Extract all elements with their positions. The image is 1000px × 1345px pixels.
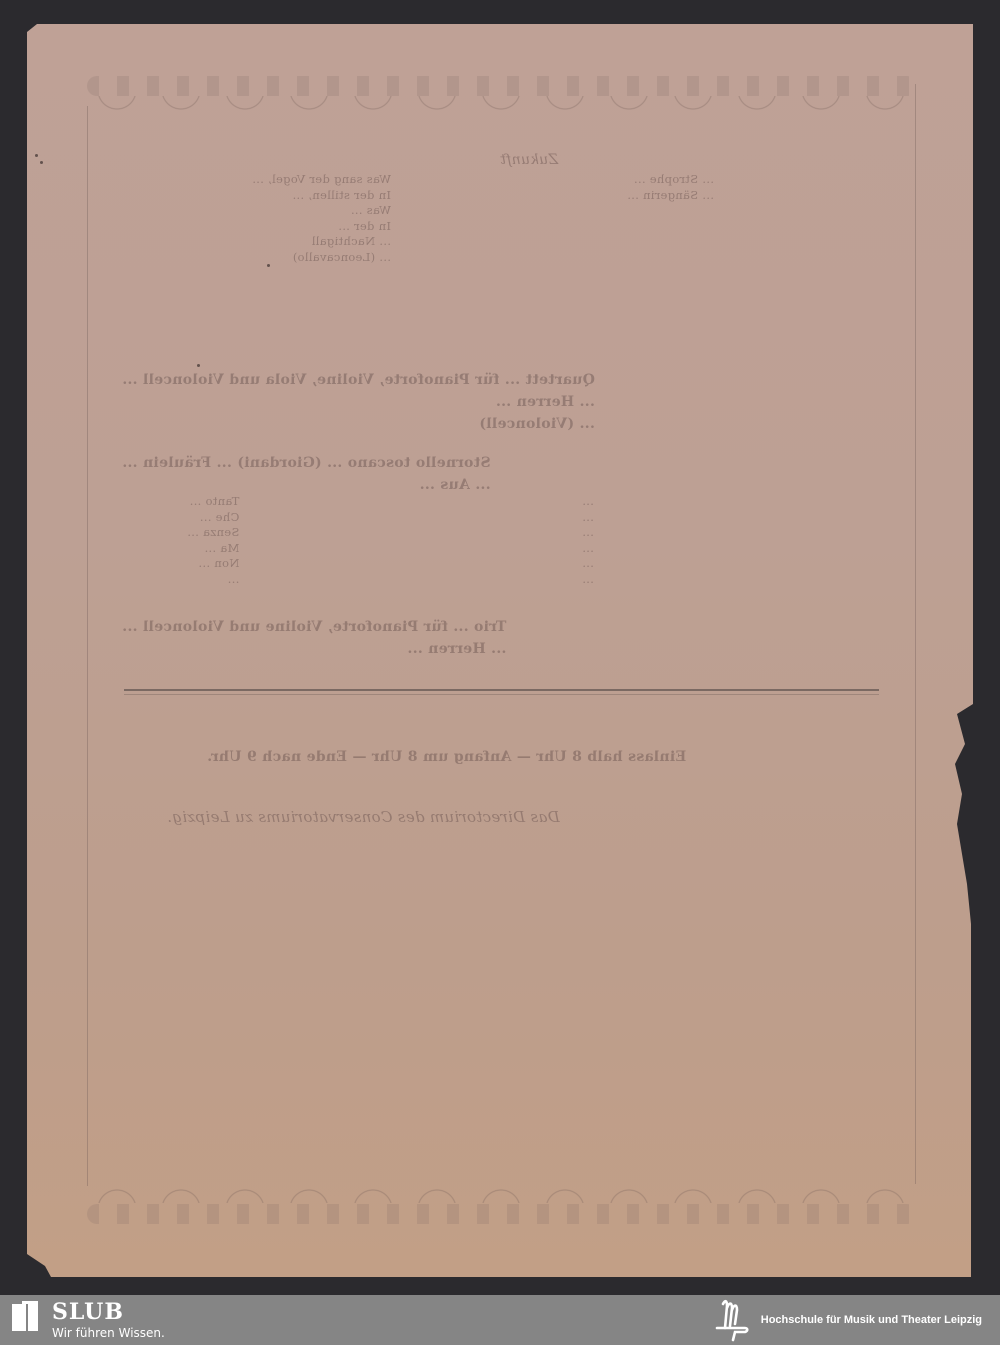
slub-logo[interactable]: SLUB Wir führen Wissen.: [12, 1301, 165, 1341]
horizontal-rule-shadow: [124, 694, 879, 695]
ghost-line: ... (Violoncell): [122, 413, 595, 435]
ghost-line: Che ...: [187, 510, 239, 526]
book-icon: [12, 1301, 38, 1331]
ghost-quartet: Quartett ... für Pianoforte, Violine, Vi…: [122, 369, 595, 435]
top-scallop-border: [87, 96, 917, 110]
ghost-italian-left: Tanto ... Che ... Senza ... Ma ... Non .…: [187, 494, 239, 588]
ghost-line: ... Aus ...: [122, 474, 491, 496]
speck: [197, 364, 200, 367]
ghost-stornello: Stornello toscano ... (Giordani) ... Frä…: [122, 452, 491, 496]
ghost-line: Stornello toscano ... (Giordani) ... Frä…: [122, 452, 491, 474]
ghost-line: ...: [582, 510, 594, 526]
top-ornament-band: [87, 76, 917, 96]
ghost-line: ... Herren ...: [122, 391, 595, 413]
ghost-line: ... Strophe ...: [627, 172, 714, 188]
ghost-line: ... Nachtigall: [252, 234, 391, 250]
ghost-line: ...: [582, 541, 594, 557]
ghost-line: ...: [582, 525, 594, 541]
ghost-line: Quartett ... für Pianoforte, Violine, Vi…: [122, 369, 595, 391]
speck: [267, 264, 270, 267]
slub-tagline: Wir führen Wissen.: [52, 1325, 165, 1341]
ghost-line: ...: [187, 572, 239, 588]
ghost-line: Ma ...: [187, 541, 239, 557]
scanned-page: Zukunft Was sang der Vogel, ... In der s…: [27, 24, 973, 1277]
ghost-line: Trio ... für Pianoforte, Violine und Vio…: [122, 616, 506, 638]
ghost-line: ...: [582, 556, 594, 572]
ghost-line: Tanto ...: [187, 494, 239, 510]
ghost-line: Was sang der Vogel, ...: [252, 172, 391, 188]
ghost-line: ...: [582, 572, 594, 588]
ghost-line: Senza ...: [187, 525, 239, 541]
ghost-line: ...: [582, 494, 594, 510]
ghost-left-column: Was sang der Vogel, ... In der stillen, …: [252, 172, 391, 266]
ghost-trio: Trio ... für Pianoforte, Violine und Vio…: [122, 616, 506, 660]
ghost-line: In der ...: [252, 219, 391, 235]
ghost-italian-right: ... ... ... ... ... ...: [582, 494, 594, 588]
speck: [40, 161, 43, 164]
ghost-signature: Das Directorium des Conservatoriums zu L…: [167, 806, 560, 828]
footer-bar: SLUB Wir führen Wissen. Hochschule für M…: [0, 1295, 1000, 1345]
ghost-heading: Zukunft: [500, 149, 558, 171]
ghost-line: Non ...: [187, 556, 239, 572]
horizontal-rule: [124, 689, 879, 691]
hmt-name: Hochschule für Musik und Theater Leipzig: [761, 1314, 982, 1326]
ghost-line: ... Herren ...: [122, 638, 506, 660]
slub-name: SLUB: [52, 1301, 165, 1323]
hmt-logo[interactable]: Hochschule für Musik und Theater Leipzig: [715, 1295, 982, 1345]
bottom-ornament-band: [87, 1204, 917, 1224]
ghost-line: Was ...: [252, 203, 391, 219]
bottom-scallop-border: [87, 1189, 917, 1203]
ghost-line: ... (Leoncavallo): [252, 250, 391, 266]
hmt-monogram-icon: [715, 1298, 751, 1342]
ghost-timing: Einlass halb 8 Uhr — Anfang um 8 Uhr — E…: [207, 746, 686, 768]
ghost-right-column: ... Strophe ... ... Sängerin ...: [627, 172, 714, 203]
left-border-line: [87, 106, 88, 1186]
speck: [35, 154, 38, 157]
ghost-line: In der stillen, ...: [252, 188, 391, 204]
ghost-line: ... Sängerin ...: [627, 188, 714, 204]
right-border-line: [915, 84, 916, 1184]
